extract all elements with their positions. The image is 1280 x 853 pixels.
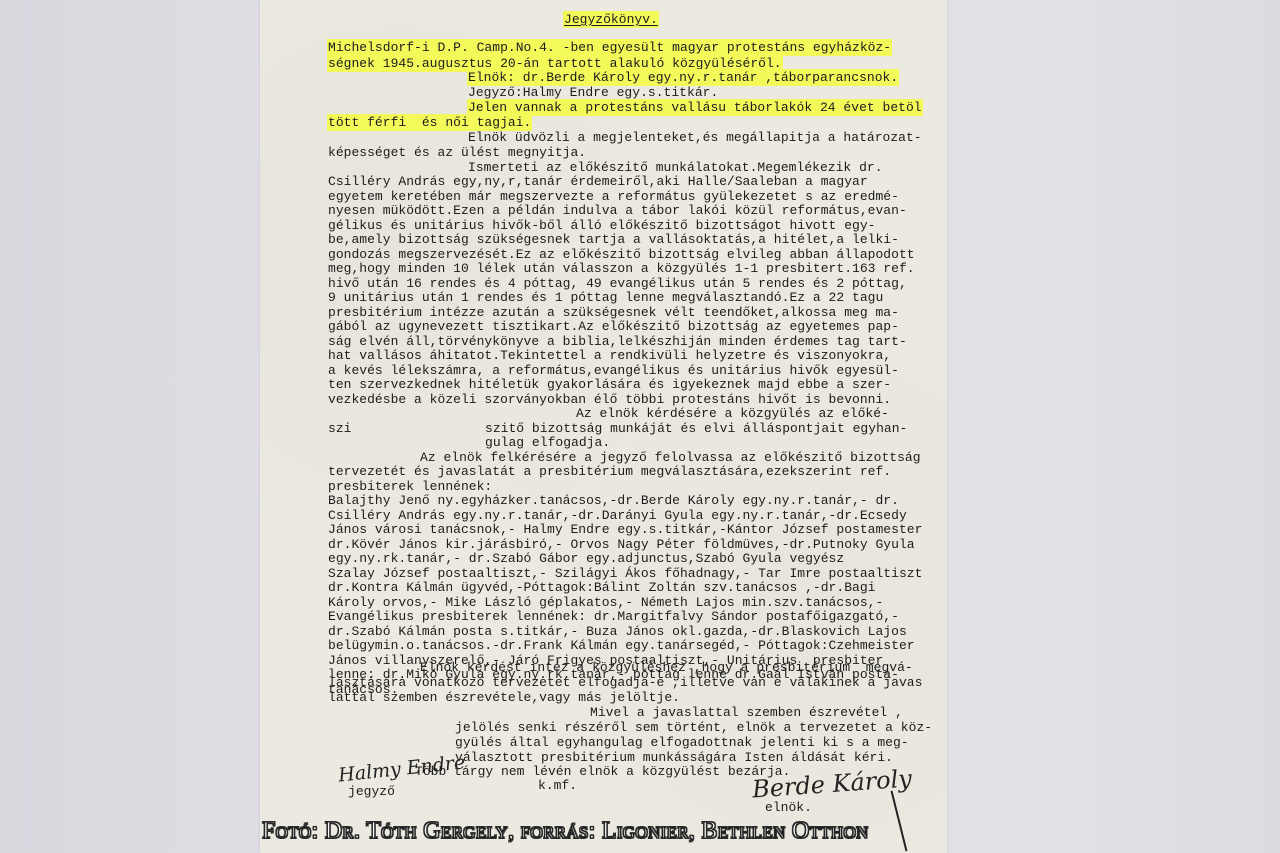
- present-line-1: Jelen vannak a protestáns vallásu táborl…: [468, 100, 922, 115]
- photo-credit-caption: Fotó: Dr. Tóth Gergely, forrás: Ligonier…: [262, 818, 1252, 845]
- reading-line: Az elnök felkérésére a jegyző felolvassa…: [420, 450, 921, 465]
- approval-fragment: szi: [328, 421, 351, 436]
- document-title: Jegyzőkönyv.: [564, 12, 658, 27]
- body-line: a kevés lélekszámra, a református,evangé…: [328, 363, 899, 378]
- body-line: Elnök üdvözli a megjelenteket,és megálla…: [468, 130, 922, 145]
- names-line: egy.ny.rk.tanár,- dr.Szabó Gábor egy.adj…: [328, 551, 844, 566]
- approval-line: gulag elfogadja.: [485, 435, 610, 450]
- recorder-role: jegyző: [348, 784, 395, 799]
- body-line: Ismerteti az előkészitő munkálatokat.Meg…: [468, 160, 883, 175]
- kmf-line: k.mf.: [538, 778, 577, 793]
- names-line: belügymin.o.tanácsos.-dr.Frank Kálmán eg…: [328, 638, 915, 653]
- body-line: gélikus és unitárius hivők-ből álló elők…: [328, 218, 876, 233]
- approval-line: Az elnök kérdésére a közgyülés az előké-: [576, 406, 889, 421]
- names-line: Szalay József postaaltiszt,- Szilágyi Ák…: [328, 566, 922, 581]
- body-line: ten szervezkednek hitéletük gyakorlására…: [328, 377, 891, 392]
- closing-line: lattal szemben észrevétele,vagy más jelö…: [328, 690, 680, 705]
- body-line: ság elvén áll,törvénykönyve a biblia,lel…: [328, 334, 907, 349]
- chairman-role: elnök.: [765, 800, 812, 815]
- closing-line: lasztására vonatkozó tervezetet elfogadj…: [328, 675, 922, 690]
- names-line: János városi tanácsnok,- Halmy Endre egy…: [328, 522, 922, 537]
- body-line: 9 unitárius után 1 rendes és 1 póttag le…: [328, 290, 883, 305]
- reading-line: presbiterek lennének:: [328, 479, 492, 494]
- names-line: dr.Kontra Kálmán ügyvéd,-Póttagok:Bálint…: [328, 580, 876, 595]
- closing-line: választott presbitérium munkásságára Ist…: [455, 750, 893, 765]
- present-line-2: tött férfi és női tagjai.: [328, 115, 531, 130]
- body-line: meg,hogy minden 10 lélek után válasszon …: [328, 261, 915, 276]
- body-line: gából az ugynevezett tisztikart.Az előké…: [328, 319, 899, 334]
- closing-line: jelölés senki részéről sem történt, elnö…: [455, 720, 932, 735]
- title-text: Jegyzőkönyv.: [564, 12, 658, 27]
- body-line: be,amely bizottság szükségesnek tartja a…: [328, 232, 899, 247]
- approval-line: szitő bizottság munkáját és elvi álláspo…: [485, 421, 907, 436]
- body-line: nyesen müködött.Ezen a példán indulva a …: [328, 203, 907, 218]
- chairman-line: Elnök: dr.Berde Károly egy.ny.r.tanár ,t…: [468, 70, 898, 85]
- closing-line: Mivel a javaslattal szemben észrevétel ,: [590, 705, 903, 720]
- recorder-signature: Halmy Endre: [337, 751, 466, 786]
- names-line: dr.Szabó Kálmán posta s.titkár,- Buza Já…: [328, 624, 907, 639]
- header-line-2: ségnek 1945.augusztus 20-án tartott alak…: [328, 56, 782, 71]
- names-line: dr.Kövér János kir.járásbiró,- Orvos Nag…: [328, 537, 915, 552]
- body-line: hivő után 16 rendes és 4 póttag, 49 evan…: [328, 276, 907, 291]
- body-line: vezkedésbe a közeli szorványokban élő tö…: [328, 392, 891, 407]
- body-line: gondozás megszervezését.Ez az előkészitő…: [328, 247, 915, 262]
- reading-line: tervezetét és javaslatát a presbitérium …: [328, 464, 891, 479]
- document-page: Jegyzőkönyv. Michelsdorf-i D.P. Camp.No.…: [260, 0, 947, 853]
- body-line: presbitérium intézze azután a szükségesn…: [328, 305, 899, 320]
- header-line-1: Michelsdorf-i D.P. Camp.No.4. -ben egyes…: [328, 40, 891, 55]
- closing-line: Elnök kérdést intéz a közgyüléshez ,hogy…: [420, 660, 913, 675]
- closing-line: Több tárgy nem lévén elnök a közgyülést …: [415, 764, 790, 779]
- body-line: egyetem keretében már megszervezte a ref…: [328, 189, 899, 204]
- names-line: Evangélikus presbiterek lennének: dr.Mar…: [328, 609, 899, 624]
- closing-line: gyülés által egyhangulag elfogadottnak j…: [455, 735, 909, 750]
- body-line: képességet és az ülést megnyitja.: [328, 145, 586, 160]
- recorder-line: Jegyző:Halmy Endre egy.s.titkár.: [468, 85, 718, 100]
- names-line: Csilléry András egy.ny.r.tanár,-dr.Darán…: [328, 508, 907, 523]
- body-line: Csilléry András egy,ny,r,tanár érdemeirő…: [328, 174, 868, 189]
- body-line: hat vallásos áhitatot.Tekintettel a rend…: [328, 348, 891, 363]
- names-line: Balajthy Jenő ny.egyházker.tanácsos,-dr.…: [328, 493, 899, 508]
- names-line: Károly orvos,- Mike László géplakatos,- …: [328, 595, 883, 610]
